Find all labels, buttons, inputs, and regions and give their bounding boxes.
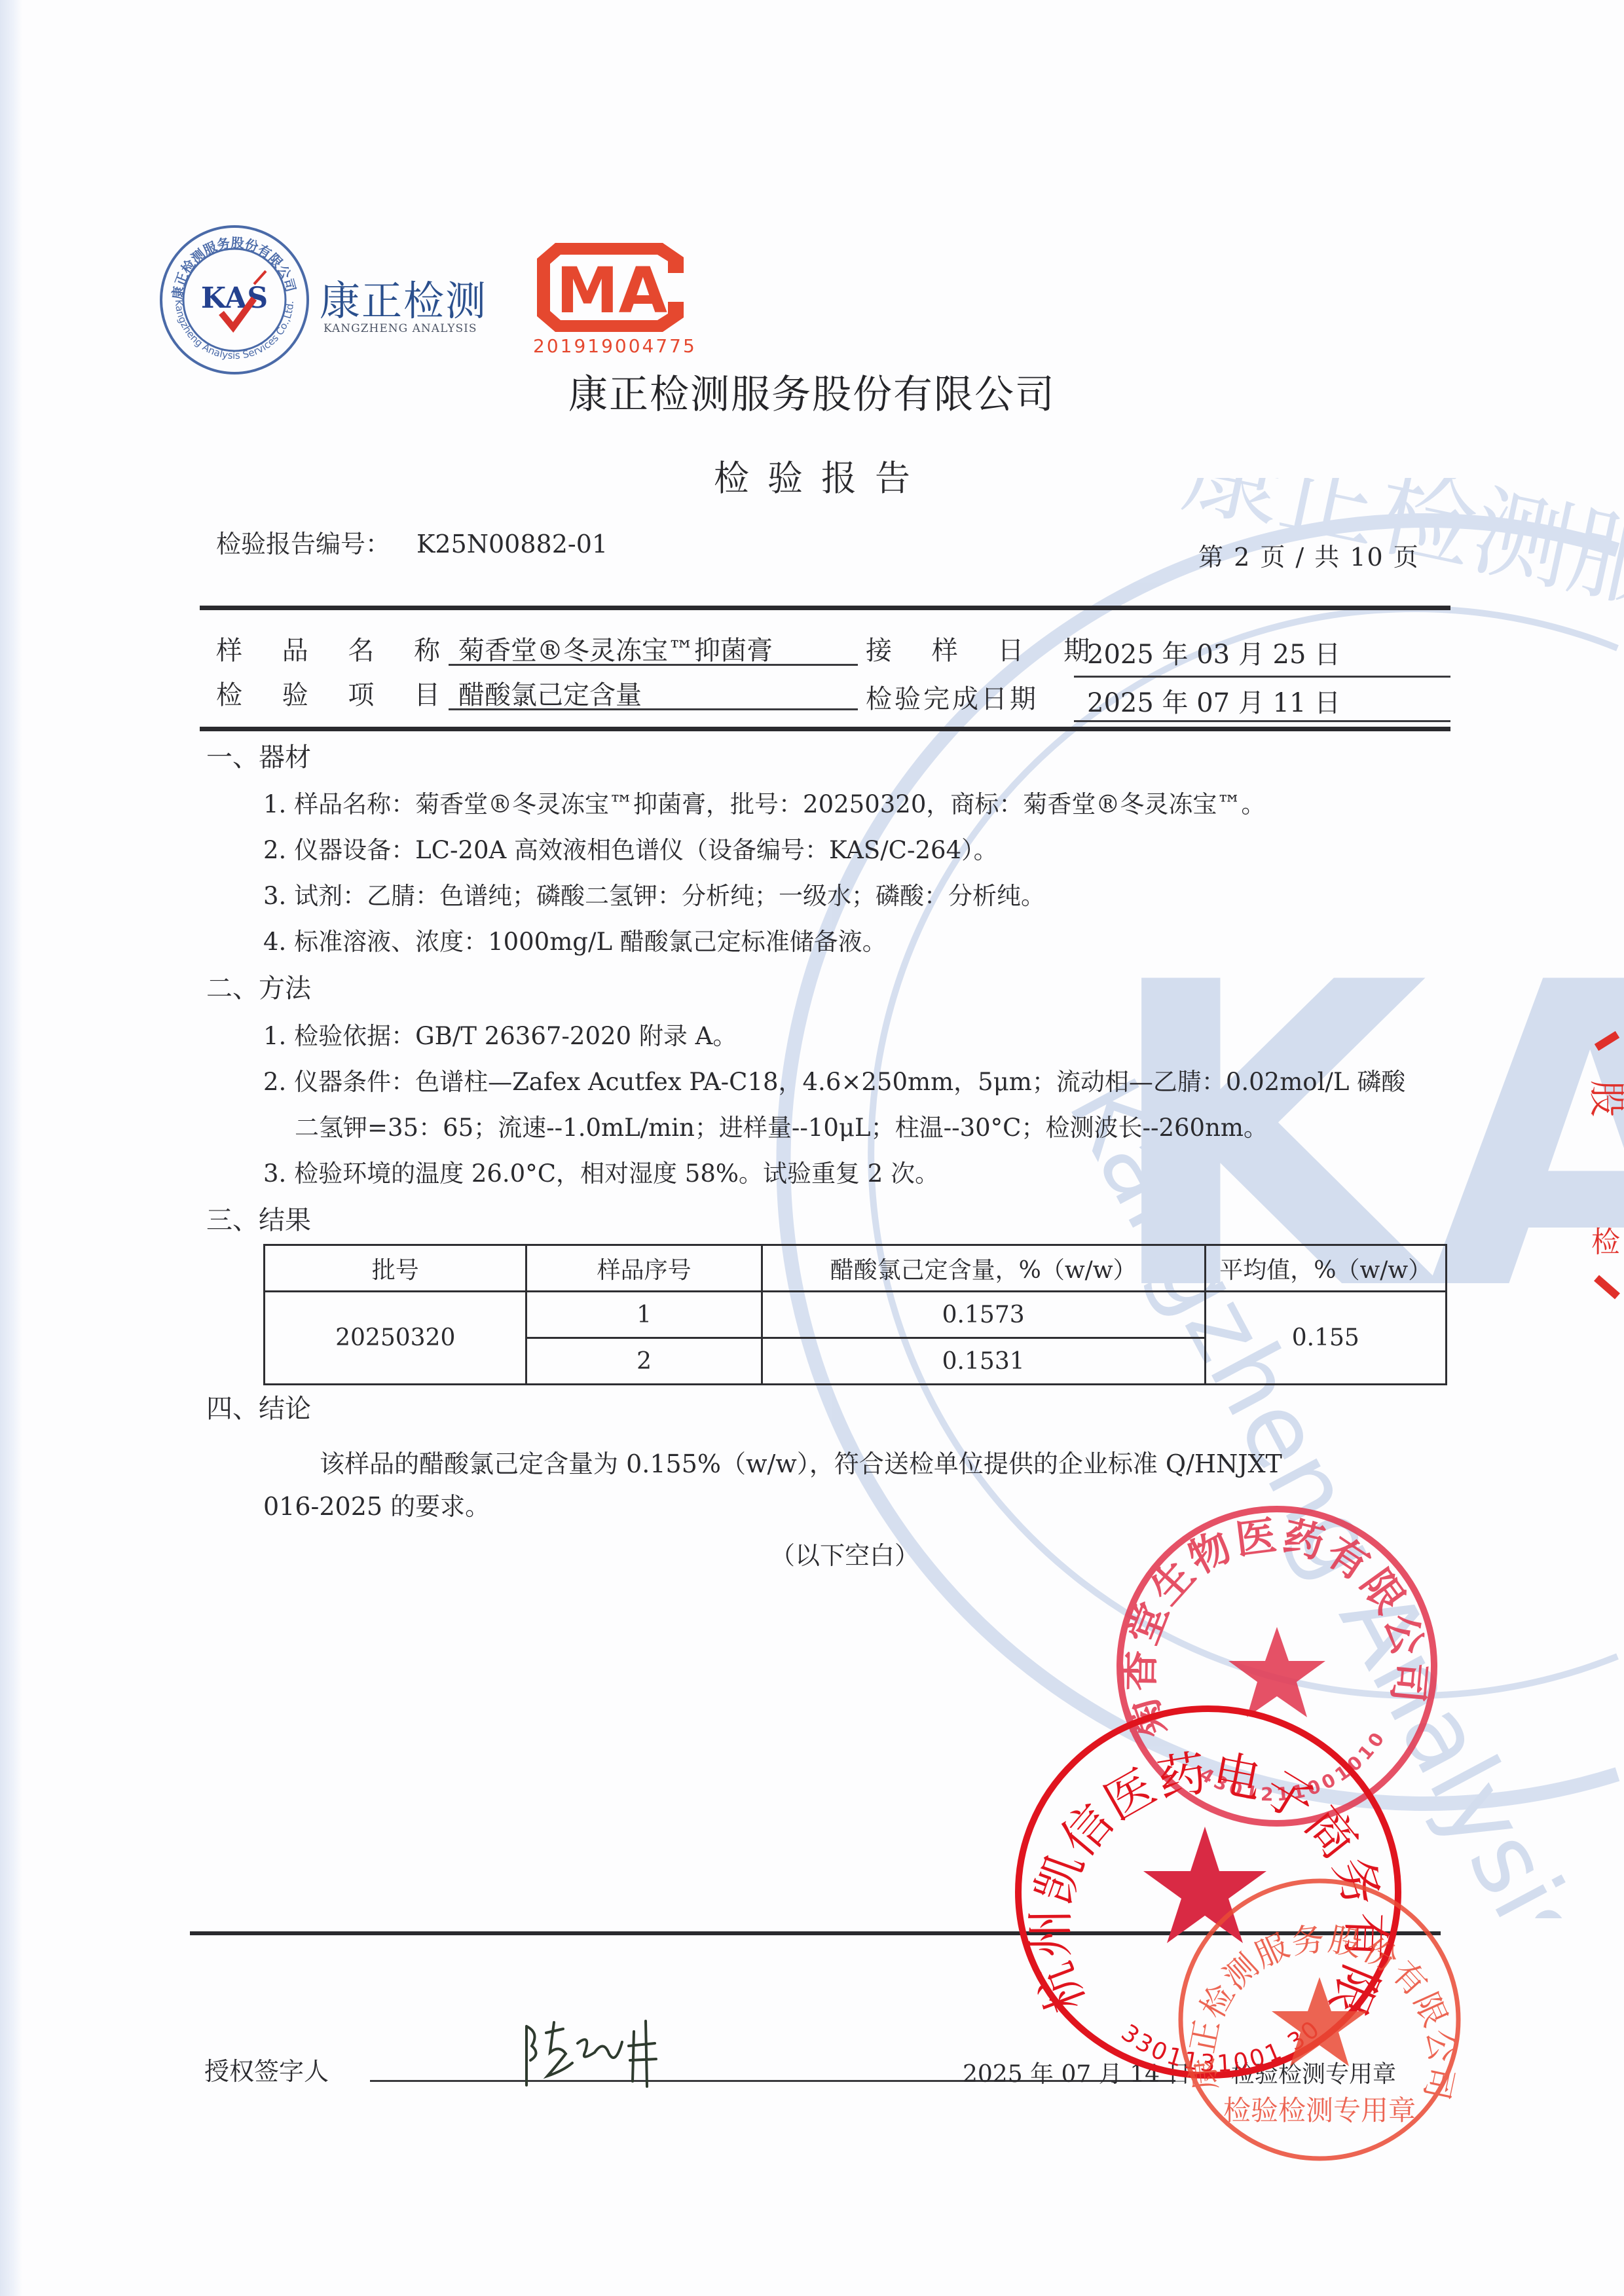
kas-abbr: KAS xyxy=(201,282,268,315)
cma-mark: MA xyxy=(556,254,667,327)
brand-name-en: KANGZHENG ANALYSIS xyxy=(323,322,477,335)
rule-top xyxy=(200,606,1450,610)
content-cell: 0.1573 xyxy=(762,1292,1205,1338)
svg-text:4301211001010: 4301211001010 xyxy=(1196,1726,1391,1806)
batch-cell: 20250320 xyxy=(265,1292,526,1385)
test-item-value: 醋酸氯己定含量 xyxy=(458,674,642,712)
conclusion-text-cont: 016-2025 的要求。 xyxy=(263,1486,490,1522)
method-item: 1. 检验依据：GB/T 26367-2020 附录 A。 xyxy=(263,1016,737,1051)
average-cell: 0.155 xyxy=(1205,1292,1446,1385)
scan-edge-shadow xyxy=(0,0,22,2296)
results-table: 批号 样品序号 醋酸氯己定含量，%（w/w） 平均值，%（w/w） 202503… xyxy=(263,1244,1447,1385)
sample-name-label: 样 品 名 称 xyxy=(216,630,456,667)
method-item: 二氢钾=35：65；流速--1.0mL/min；进样量--10μL；柱温--30… xyxy=(295,1108,1268,1143)
sample-no-cell: 2 xyxy=(526,1338,762,1385)
report-number: 检验报告编号：K25N00882-01 xyxy=(216,524,608,560)
blank-below-note: （以下空白） xyxy=(0,1535,1624,1571)
company-title: 康正检测服务股份有限公司 xyxy=(0,363,1624,420)
handwritten-signature xyxy=(517,2013,681,2092)
star-icon xyxy=(1228,1627,1325,1717)
receive-date-label: 接 样 日 期 xyxy=(866,630,1105,667)
svg-text:杭州凯信医药电子商务有限公司: 杭州凯信医药电子商务有限公司 xyxy=(984,1651,1394,2025)
brand-name-cn: 康正检测 xyxy=(320,268,487,327)
underline xyxy=(1074,676,1450,678)
seal-label: 检验检测专用章 xyxy=(1231,2056,1396,2089)
section-results-title: 三、结果 xyxy=(206,1199,311,1237)
section-conclusion-title: 四、结论 xyxy=(206,1388,311,1425)
report-number-value: K25N00882-01 xyxy=(416,530,608,558)
sample-name-value: 菊香堂®冬灵冻宝™抑菌膏 xyxy=(458,630,773,667)
sample-no-cell: 1 xyxy=(526,1292,762,1338)
col-content: 醋酸氯己定含量，%（w/w） xyxy=(762,1245,1205,1292)
underline xyxy=(449,708,858,710)
page-indicator: 第 2 页 / 共 10 页 xyxy=(1198,537,1420,573)
cma-logo: MA xyxy=(532,239,702,337)
content-cell: 0.1531 xyxy=(762,1338,1205,1385)
underline xyxy=(449,664,858,666)
complete-date-value: 2025 年 07 月 11 日 xyxy=(1087,682,1340,720)
svg-text:检: 检 xyxy=(1591,1226,1620,1259)
equipment-item: 4. 标准溶液、浓度：1000mg/L 醋酸氯己定标准储备液。 xyxy=(263,922,887,957)
footer-rule xyxy=(190,1931,1441,1935)
test-item-label: 检 验 项 目 xyxy=(216,674,456,712)
paging-seal-edge: 股 检 xyxy=(1545,1008,1624,1290)
method-item: 2. 仪器条件：色谱柱—Zafex Acutfex PA-C18，4.6×250… xyxy=(263,1062,1405,1097)
receive-date-value: 2025 年 03 月 25 日 xyxy=(1087,634,1340,671)
cma-number: 201919004775 xyxy=(533,335,697,357)
signer-label: 授权签字人 xyxy=(204,2051,329,2087)
table-header-row: 批号 样品序号 醋酸氯己定含量，%（w/w） 平均值，%（w/w） xyxy=(265,1245,1447,1292)
section-equipment-title: 一、器材 xyxy=(206,737,311,774)
equipment-item: 2. 仪器设备：LC-20A 高效液相色谱仪（设备编号：KAS/C-264）。 xyxy=(263,830,998,866)
kangzheng-inspection-seal: 康正检测服务股份有限公司 检验检测专用章 xyxy=(1172,1872,1467,2167)
company-seal-kaixin: 杭州凯信医药电子商务有限公司 3301131001 3046 xyxy=(1008,1696,1408,2088)
watermark-en: Kangzheng Analysis S xyxy=(1046,1061,1624,1918)
underline xyxy=(1074,720,1450,722)
star-icon xyxy=(1272,1977,1367,2066)
complete-date-label: 检验完成日期 xyxy=(866,678,1039,716)
svg-text:股: 股 xyxy=(1585,1080,1624,1117)
report-number-label: 检验报告编号： xyxy=(216,530,390,558)
equipment-item: 1. 样品名称：菊香堂®冬灵冻宝™抑菌膏，批号：20250320，商标：菊香堂®… xyxy=(263,784,1265,820)
conclusion-text: 该样品的醋酸氯己定含量为 0.155%（w/w），符合送检单位提供的企业标准 Q… xyxy=(320,1444,1282,1480)
equipment-item: 3. 试剂：乙腈：色谱纯；磷酸二氢钾：分析纯；一级水；磷酸：分析纯。 xyxy=(263,876,1045,911)
sign-date: 2025 年 07 月 14 日 xyxy=(963,2056,1190,2089)
kas-logo: 康正检测服务股份有限公司 Kangzheng Analysis Services… xyxy=(156,221,313,378)
star-icon xyxy=(1143,1827,1266,1943)
col-sample-no: 样品序号 xyxy=(526,1245,762,1292)
method-item: 3. 检验环境的温度 26.0°C，相对湿度 58%。试验重复 2 次。 xyxy=(263,1154,939,1189)
col-batch: 批号 xyxy=(265,1245,526,1292)
svg-text:检验检测专用章: 检验检测专用章 xyxy=(1223,2094,1416,2126)
svg-text:3301131001 3046: 3301131001 3046 xyxy=(1000,1675,1327,2077)
report-title: 检验报告 xyxy=(0,450,1624,501)
section-method-title: 二、方法 xyxy=(206,968,311,1005)
col-average: 平均值，%（w/w） xyxy=(1205,1245,1446,1292)
table-row: 20250320 1 0.1573 0.155 xyxy=(265,1292,1447,1338)
rule-bottom xyxy=(200,727,1450,731)
